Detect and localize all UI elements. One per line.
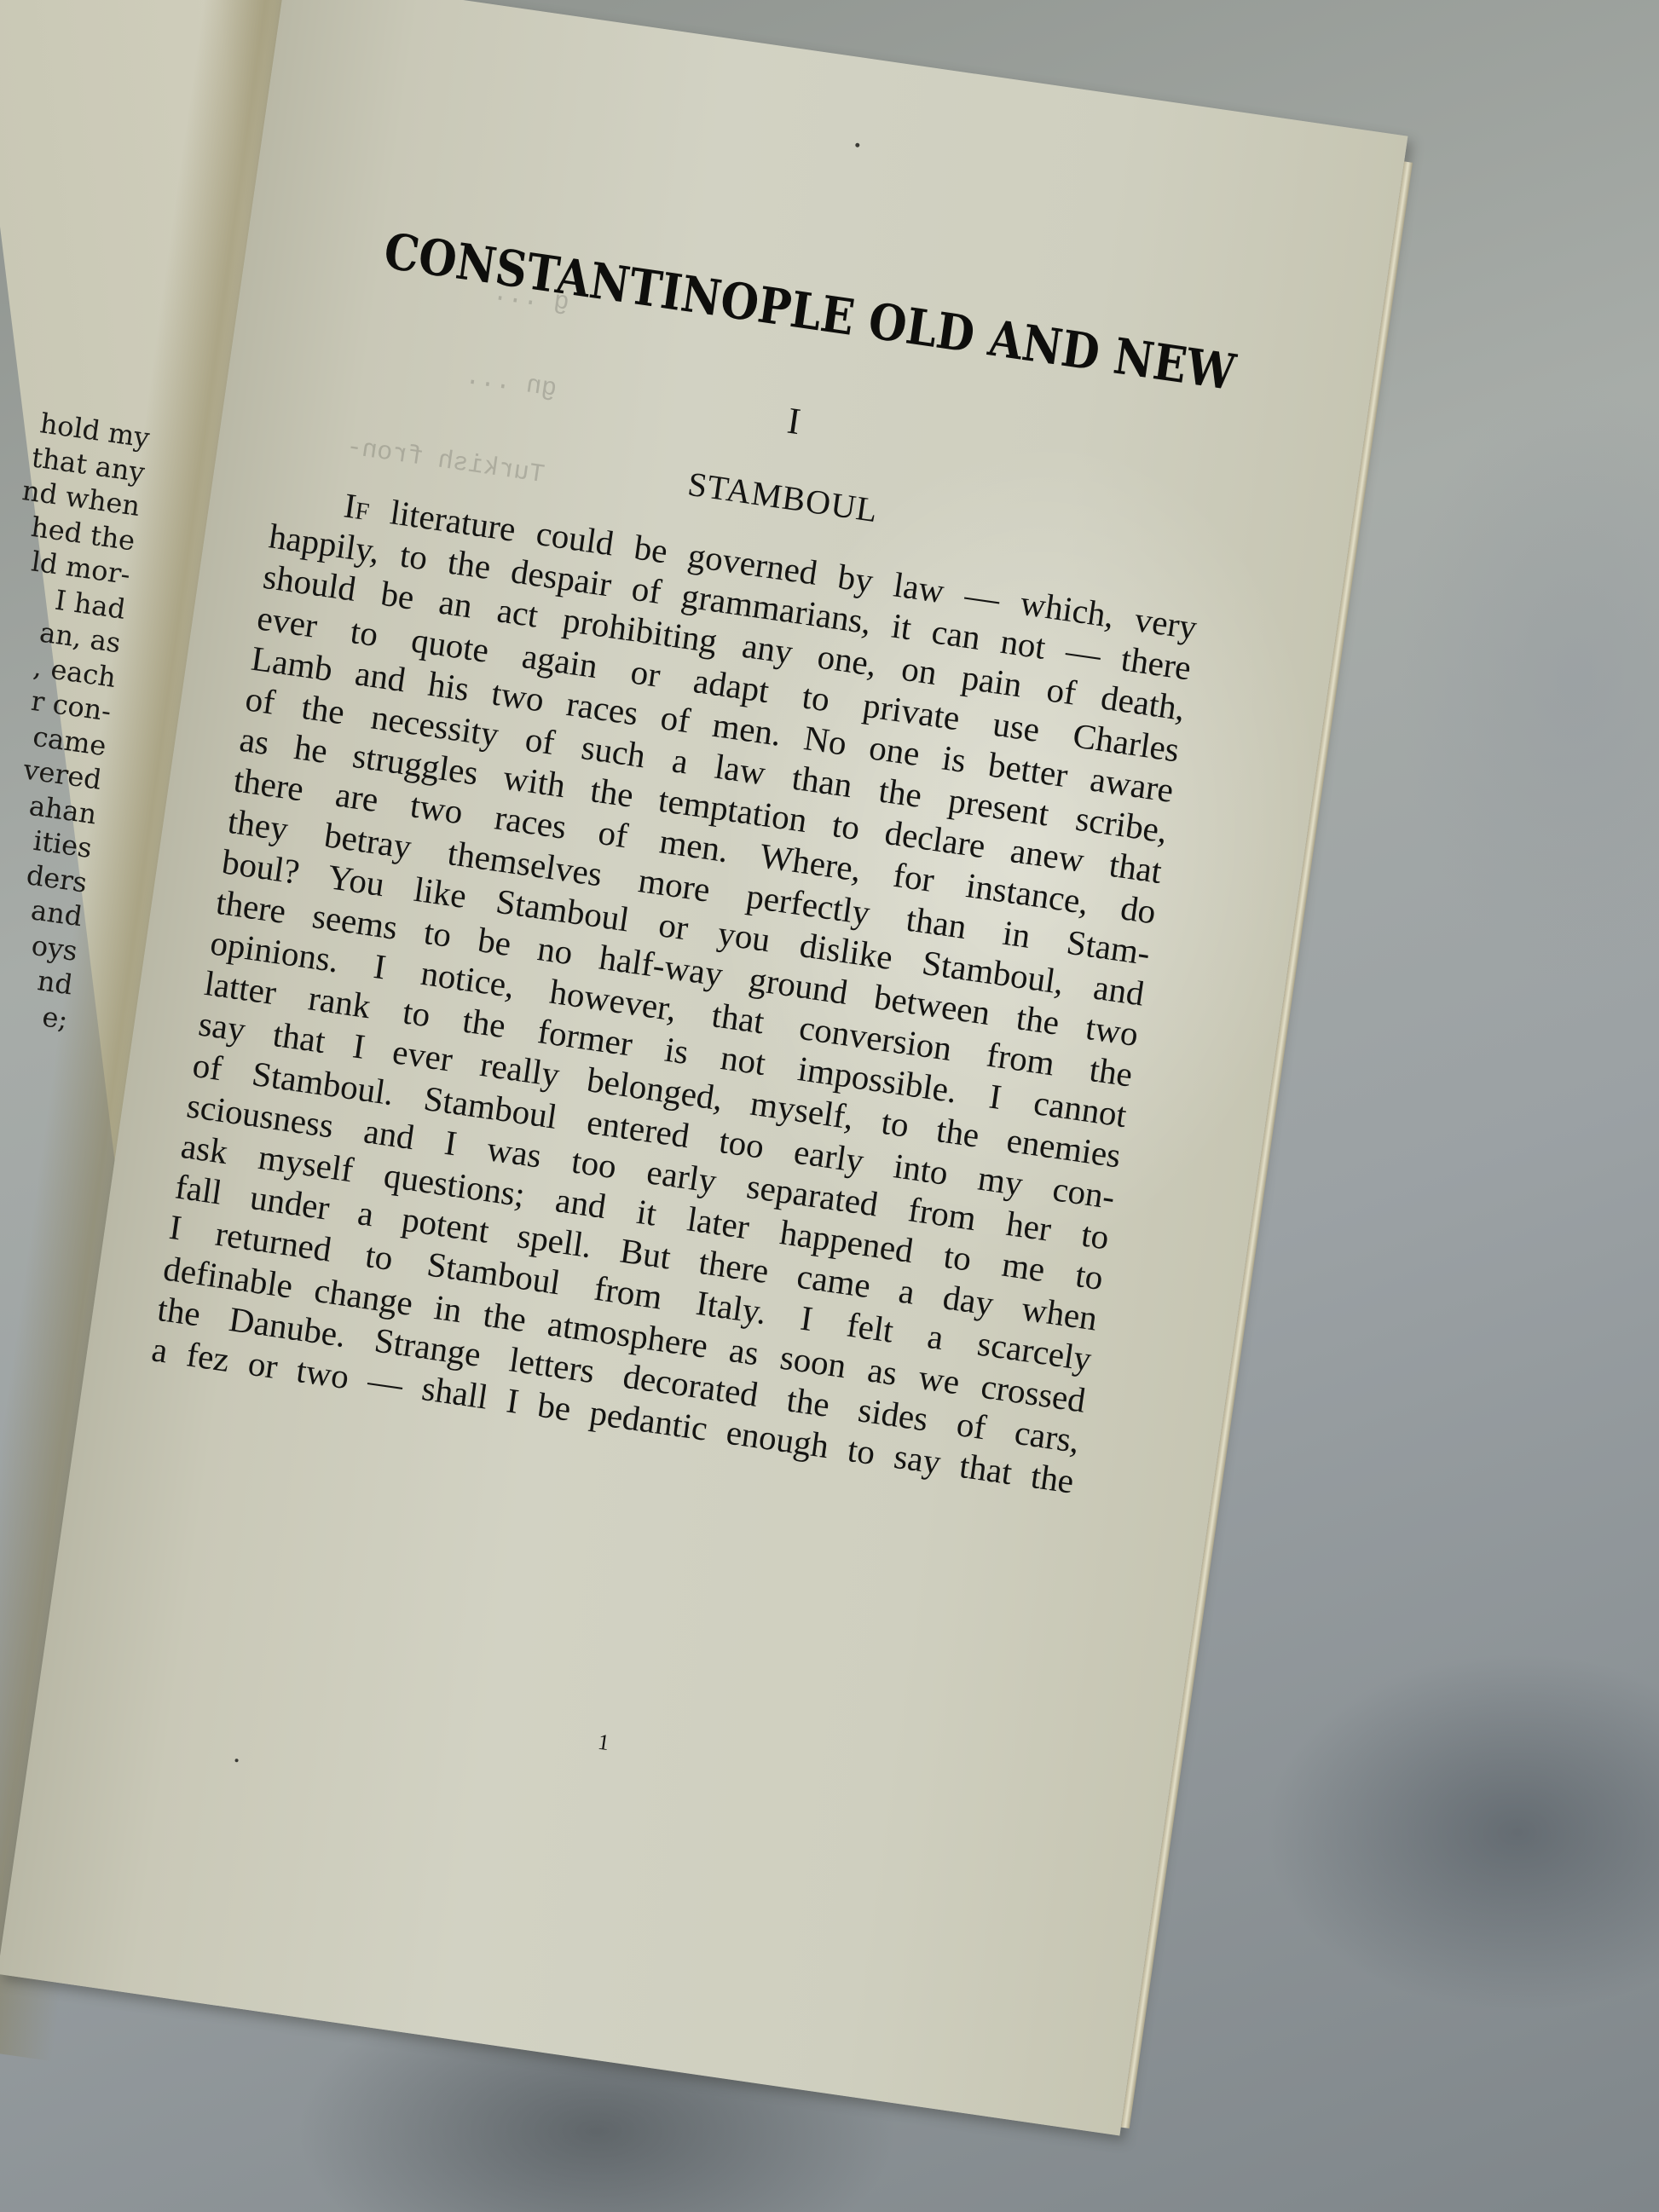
paper-speck <box>234 1759 239 1763</box>
page-number: 1 <box>41 1649 1167 1836</box>
paper-speck <box>855 142 860 147</box>
chapter-body-text: If literature could be governed by law —… <box>149 475 1199 1502</box>
